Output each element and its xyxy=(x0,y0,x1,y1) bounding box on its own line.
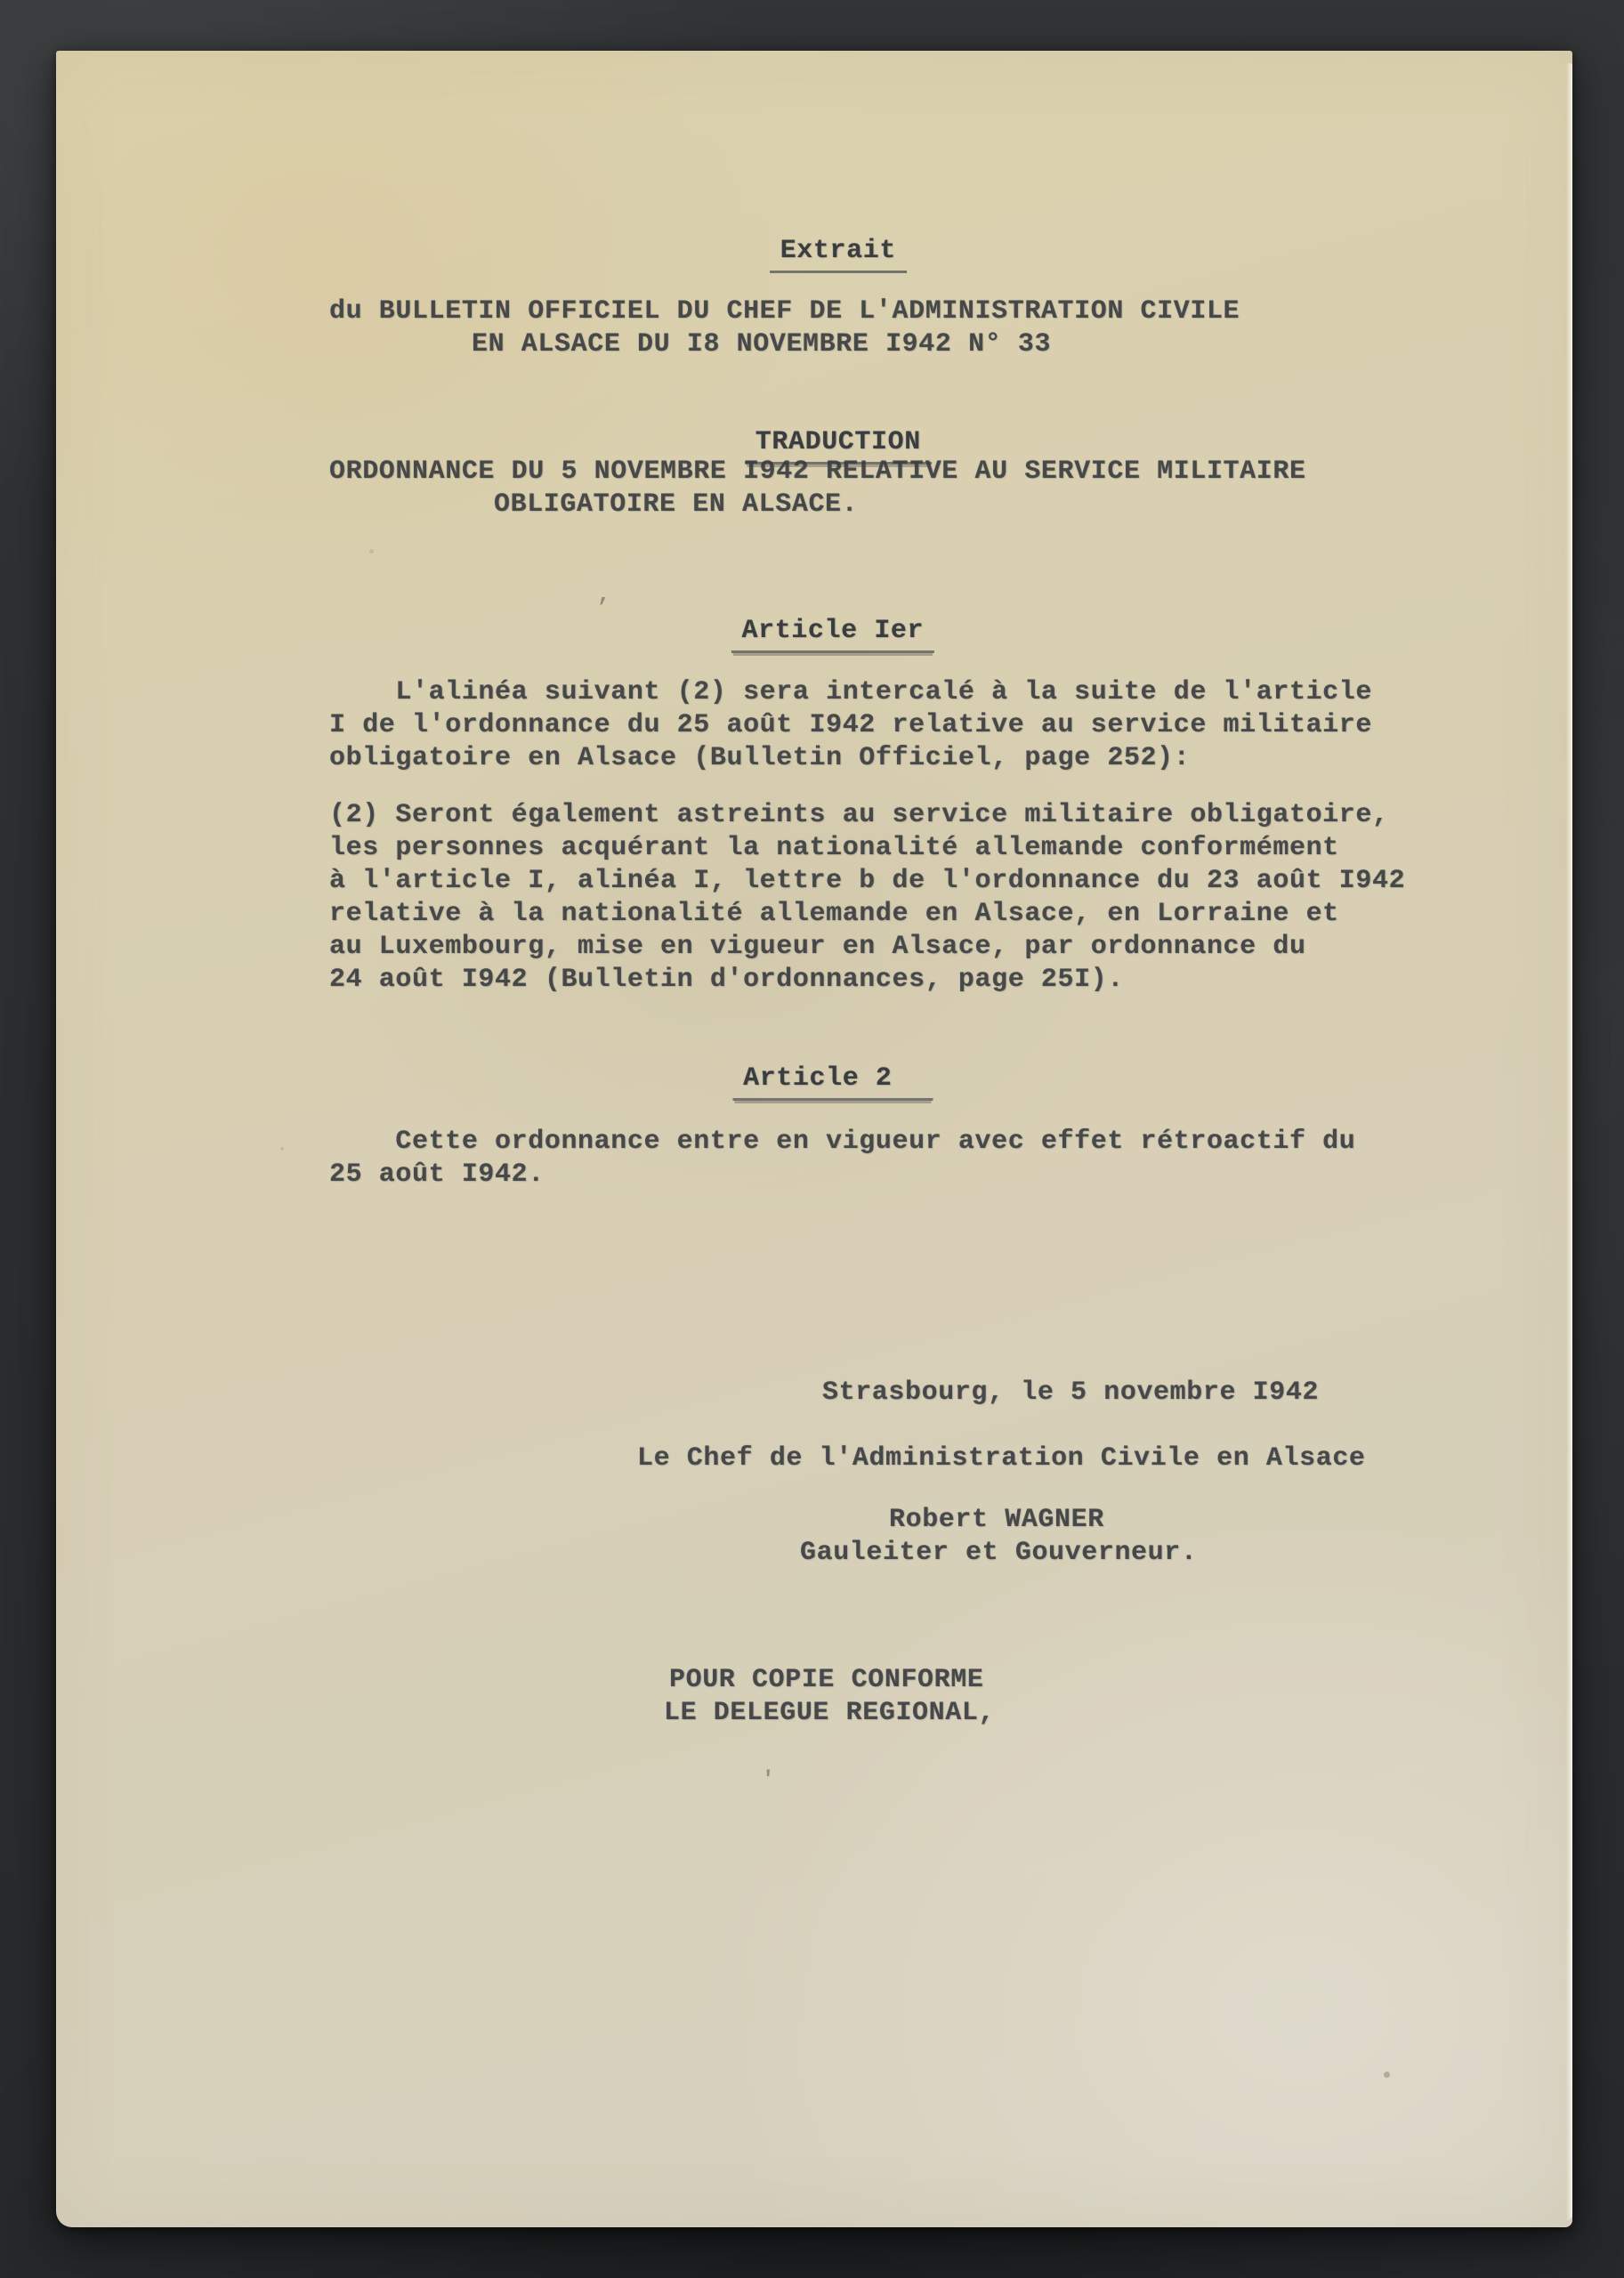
article-2-heading: Article 2 xyxy=(633,1030,933,1127)
stray-ink-mark: ' xyxy=(762,1768,774,1792)
article-1-paragraph-2-line: (2) Seront également astreints au servic… xyxy=(329,799,1389,831)
source-line-2: EN ALSACE DU I8 NOVEMBRE I942 N° 33 xyxy=(472,328,1051,360)
paper-speck xyxy=(1384,2072,1390,2078)
article-2-paragraph-line: Cette ordonnance entre en vigueur avec e… xyxy=(329,1126,1355,1158)
article-1-paragraph-2-line: 24 août I942 (Bulletin d'ordonnances, pa… xyxy=(329,964,1124,996)
article-2-heading-text: Article 2 xyxy=(732,1063,933,1101)
certification-line-2: LE DELEGUE REGIONAL, xyxy=(664,1697,995,1729)
article-2-paragraph-line: 25 août I942. xyxy=(329,1159,545,1191)
subject-line-2: OBLIGATOIRE EN ALSACE. xyxy=(494,489,858,521)
article-1-heading-text: Article Ier xyxy=(731,616,934,653)
paper-speck xyxy=(280,1147,284,1151)
document-page: Extrait du BULLETIN OFFICIEL DU CHEF DE … xyxy=(56,51,1572,2227)
paper-speck xyxy=(369,549,374,553)
article-1-paragraph-1-line: L'alinéa suivant (2) sera intercalé à la… xyxy=(329,676,1372,708)
signatory-role: Gauleiter et Gouverneur. xyxy=(800,1537,1197,1569)
article-1-paragraph-2-line: au Luxembourg, mise en vigueur en Alsace… xyxy=(329,931,1306,963)
document-title-text: Extrait xyxy=(770,236,907,273)
article-1-heading: Article Ier xyxy=(632,583,934,679)
certification-line-1: POUR COPIE CONFORME xyxy=(669,1664,983,1696)
article-1-paragraph-2-line: à l'article I, alinéa I, lettre b de l'o… xyxy=(329,865,1405,897)
signatory-title: Le Chef de l'Administration Civile en Al… xyxy=(637,1442,1366,1474)
article-1-paragraph-1-line: I de l'ordonnance du 25 août I942 relati… xyxy=(329,709,1372,741)
signatory-name: Robert WAGNER xyxy=(889,1504,1104,1536)
article-1-paragraph-1-line: obligatoire en Alsace (Bulletin Officiel… xyxy=(329,742,1190,774)
scan-background: Extrait du BULLETIN OFFICIEL DU CHEF DE … xyxy=(0,0,1624,2278)
stray-ink-mark: , xyxy=(597,581,611,608)
source-line-1: du BULLETIN OFFICIEL DU CHEF DE L'ADMINI… xyxy=(329,295,1240,327)
document-title: Extrait xyxy=(670,203,907,299)
subject-line-1: ORDONNANCE DU 5 NOVEMBRE I942 RELATIVE A… xyxy=(329,456,1306,488)
signature-place-date: Strasbourg, le 5 novembre I942 xyxy=(822,1377,1319,1409)
article-1-paragraph-2-line: les personnes acquérant la nationalité a… xyxy=(329,832,1339,864)
article-1-paragraph-2-line: relative à la nationalité allemande en A… xyxy=(329,898,1339,930)
